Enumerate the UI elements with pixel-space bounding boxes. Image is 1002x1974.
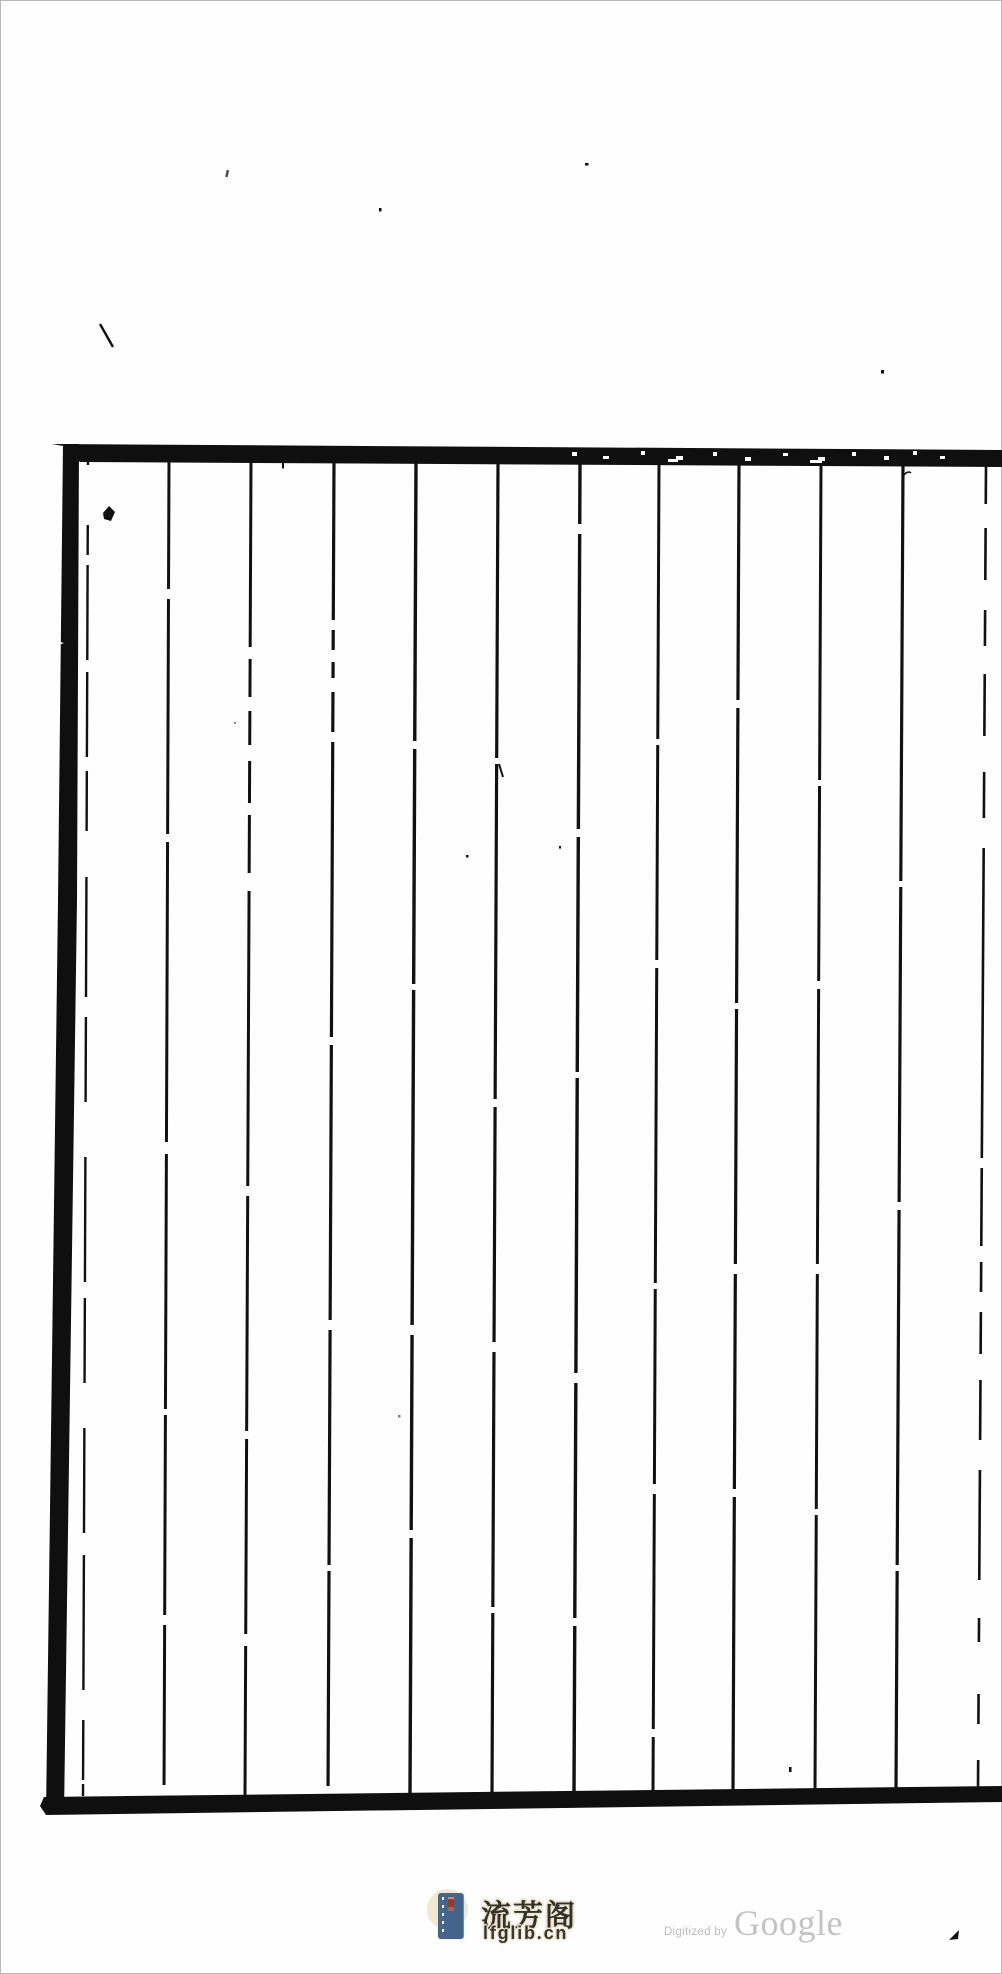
book-icon	[438, 1893, 464, 1939]
book-stitching	[442, 1897, 444, 1935]
column-rule	[574, 464, 580, 1793]
book-title-label	[448, 1897, 454, 1911]
column-rule	[896, 466, 903, 1790]
ink-specks	[100, 163, 959, 1940]
column-rule	[653, 464, 659, 1792]
google-wordmark: Google	[734, 1902, 843, 1944]
frame-border-left	[46, 444, 79, 1814]
column-rule	[245, 462, 251, 1795]
google-attribution: Digitized by Google	[664, 1902, 843, 1944]
column-rule	[164, 461, 169, 1795]
column-rule	[83, 461, 88, 1796]
column-rule	[410, 463, 416, 1794]
column-rule	[815, 465, 821, 1791]
frame-border-bottom	[40, 1786, 1002, 1815]
watermark-site-domain: lfglib.cn	[483, 1923, 568, 1944]
ruled-frame	[0, 0, 1002, 1974]
column-rule	[978, 466, 986, 1789]
column-rule	[328, 462, 334, 1794]
frame-border-top	[52, 444, 1002, 467]
column-rules	[83, 461, 986, 1796]
digitized-by-label: Digitized by	[664, 1926, 727, 1938]
column-rule	[492, 463, 498, 1793]
column-rule	[733, 465, 739, 1791]
scanned-page: 流芳阁 lfglib.cn Digitized by Google	[0, 0, 1002, 1974]
